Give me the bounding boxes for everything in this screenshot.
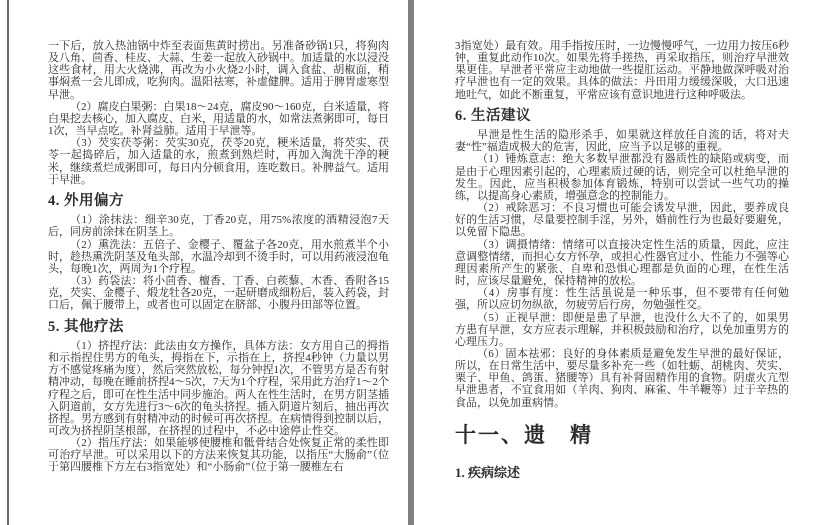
page-gutter-divider <box>408 0 414 525</box>
paragraph-moderate-sex-life: （4）房事有度：性生活虽说是一种乐事，但不要带有任何勉强，所以应切勿纵欲，勿疲劳… <box>455 287 789 311</box>
left-page: 一下后，放入热油锅中炸至表面焦黄时捞出。另准备砂锅1只，将狗肉及八角、茴香、桂皮… <box>48 40 389 474</box>
book-spread: 一下后，放入热油锅中炸至表面焦黄时捞出。另准备砂锅1只，将狗肉及八角、茴香、桂皮… <box>0 0 820 525</box>
heading-lifestyle-advice: 6. 生活建议 <box>455 108 789 125</box>
page-left-edge-line <box>7 0 9 525</box>
paragraph-squeeze-pinch-therapy: （1）挤捏疗法：此法由女方操作，具体方法：女方用自己的拇指和示指捏住男方的龟头，… <box>48 340 389 437</box>
paragraph-tofu-skin-ginkgo-porridge: （2）腐皮白果粥：白果18～24克，腐皮90～160克，白米适量，将白果挖去核心… <box>48 101 389 137</box>
heading-other-therapies: 5. 其他疗法 <box>48 319 389 336</box>
paragraph-lifestyle-intro: 早泄是性生活的隐形杀手，如果就这样放任自流的话，将对夫妻“性”福造成极大的危害，… <box>455 129 789 153</box>
paragraph-consolidate-foundation-diet: （6）固本祛邪：良好的身体素质是避免发生早泄的最好保证，所以，在日常生活中，要尽… <box>455 348 789 409</box>
paragraph-acupressure-therapy-continued: 3指宽处）最有效。用手指按压时，一边慢慢呼气，一边用力按压6秒钟，重复此动作10… <box>455 40 789 101</box>
paragraph-face-the-condition: （5）正视早泄：即便是患了早泄，也没什么大不了的，如果男方患有早泄，女方应表示理… <box>455 312 789 348</box>
paragraph-dog-meat-recipe-continued: 一下后，放入热油锅中炸至表面焦黄时捞出。另准备砂锅1只，将狗肉及八角、茴香、桂皮… <box>48 40 389 101</box>
paragraph-strengthen-willpower: （1）锤炼意志：绝大多数早泄都没有器质性的缺陷或病变，而是由于心理因素引起的，心… <box>455 153 789 202</box>
chapter-heading-nocturnal-emission: 十一、遗 精 <box>455 423 789 448</box>
paragraph-smearing-method: （1）涂抹法：细辛30克，丁香20克，用75%浓度的酒精浸泡7天后，同房前涂抹在… <box>48 214 389 238</box>
heading-disease-overview: 1. 疾病综述 <box>455 465 789 481</box>
paragraph-medicine-bag-method: （3）药袋法：将小茴香、檀香、丁香、白蒺藜、木香、香附各15克，芡实、金樱子、煅… <box>48 275 389 311</box>
heading-external-remedies: 4. 外用偏方 <box>48 193 389 210</box>
paragraph-qianshi-fuling-porridge: （3）芡实茯苓粥：芡实30克，茯苓20克，粳米适量，将芡实、茯苓一起捣碎后，加入… <box>48 137 389 186</box>
paragraph-acupressure-therapy: （2）指压疗法：如果能够使腰椎和骶骨结合处恢复正常的柔性即可治疗早泄。可以采用以… <box>48 437 389 473</box>
paragraph-quit-bad-habits: （2）戒除恶习：不良习惯也可能会诱发早泄，因此，要养成良好的生活习惯，尽量要控制… <box>455 202 789 238</box>
right-page: 3指宽处）最有效。用手指按压时，一边慢慢呼气，一边用力按压6秒钟，重复此动作10… <box>455 40 789 481</box>
paragraph-regulate-emotions: （3）调摄情绪：情绪可以直接决定性生活的质量，因此，应注意调整情绪，而担心女方怀… <box>455 239 789 288</box>
paragraph-fumigation-washing-method: （2）熏洗法：五倍子、金樱子、覆盆子各20克，用水煎煮半个小时，趁热熏洗阴茎及龟… <box>48 239 389 275</box>
